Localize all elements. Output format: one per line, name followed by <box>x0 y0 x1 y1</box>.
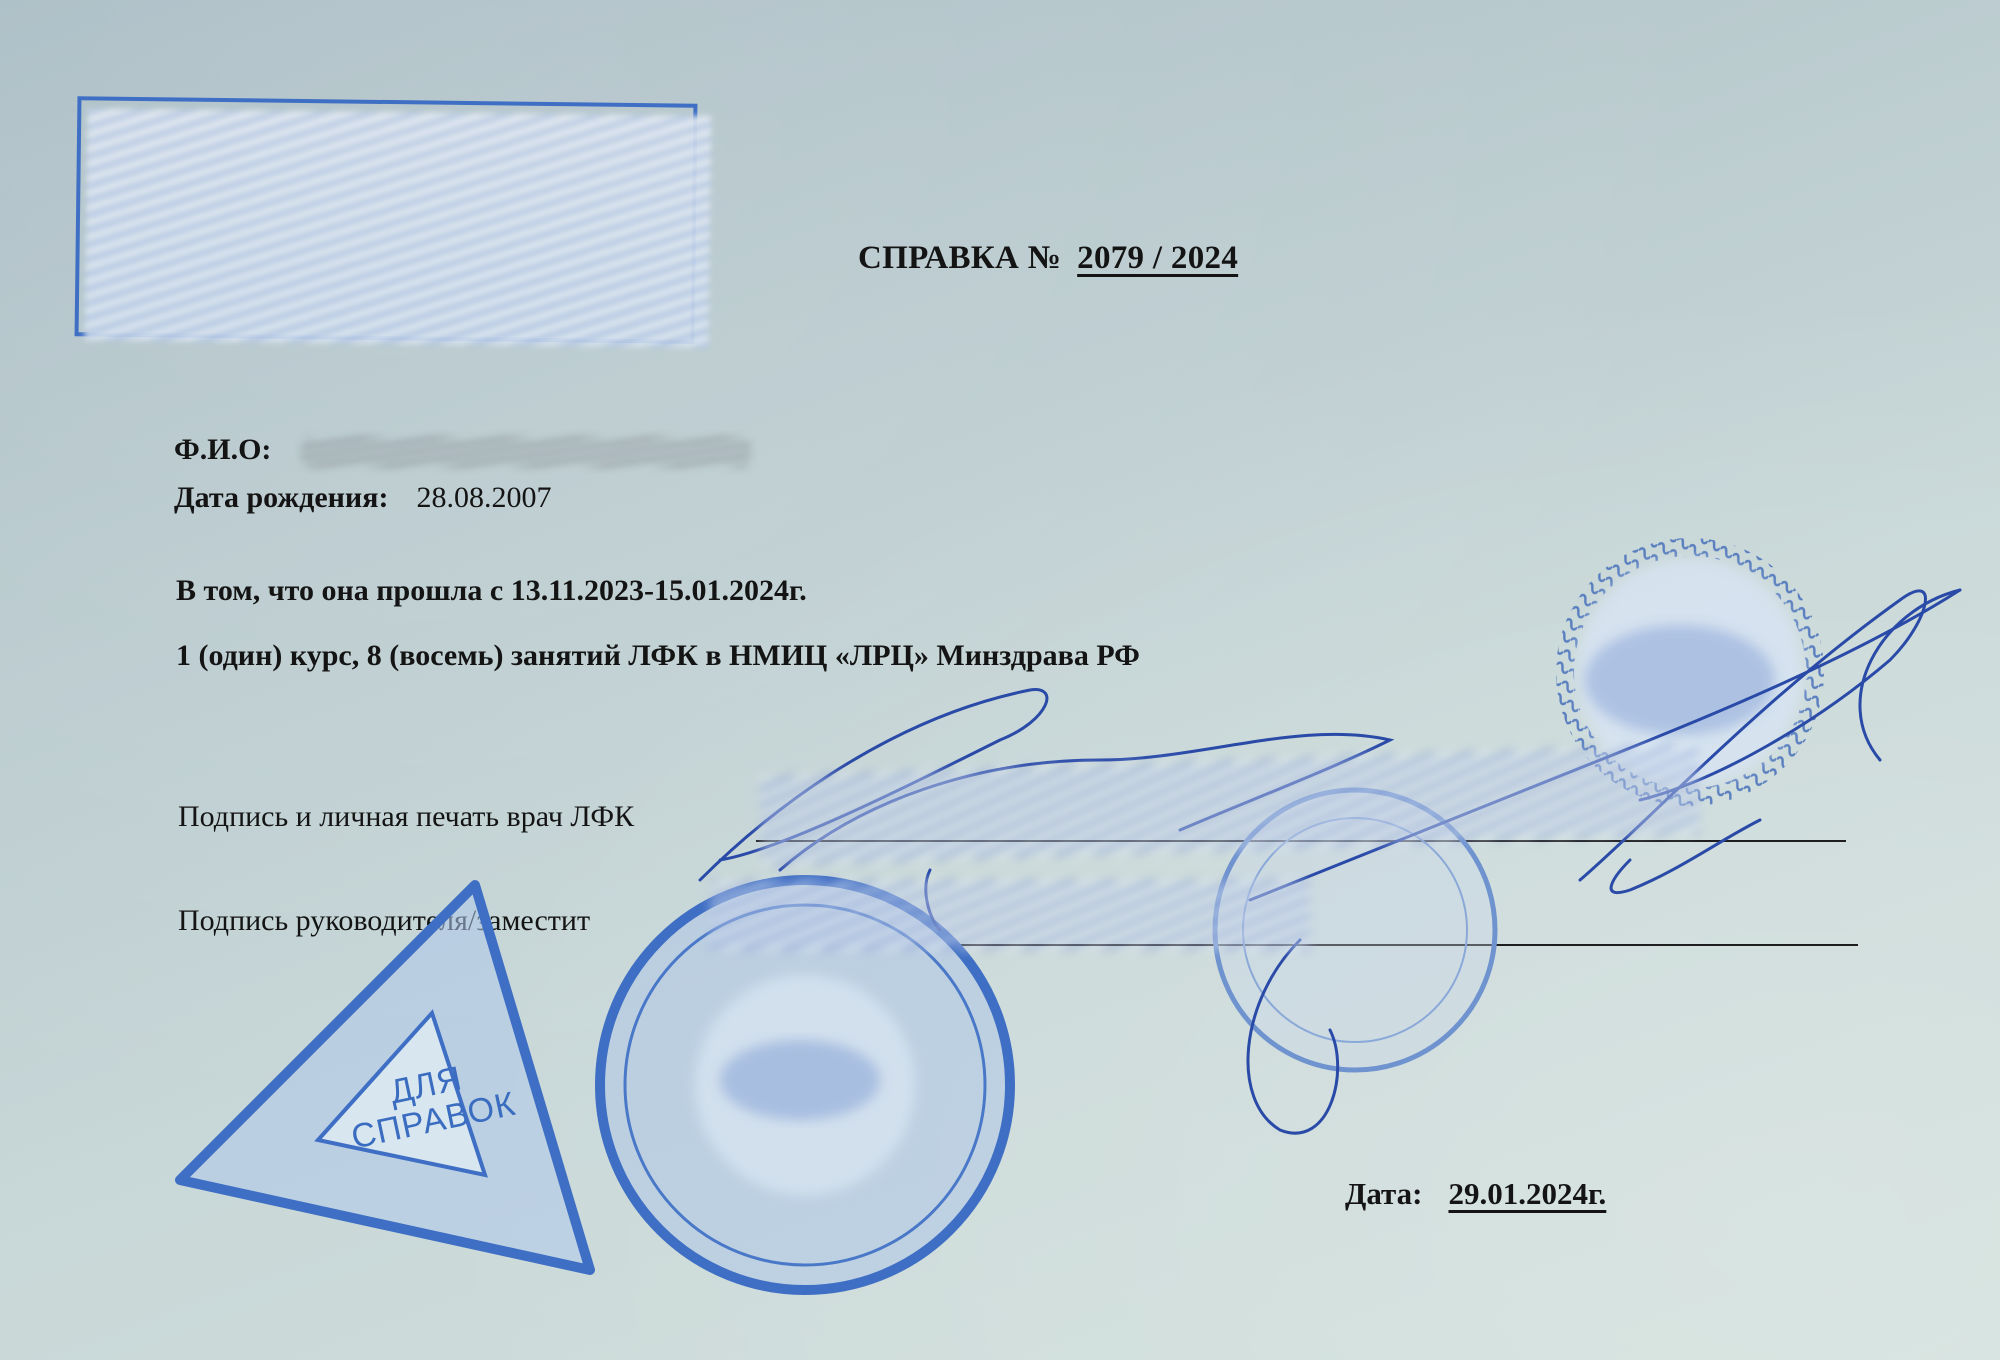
stamps-and-signatures <box>0 0 2000 1360</box>
signature-redaction-band <box>710 880 1310 950</box>
